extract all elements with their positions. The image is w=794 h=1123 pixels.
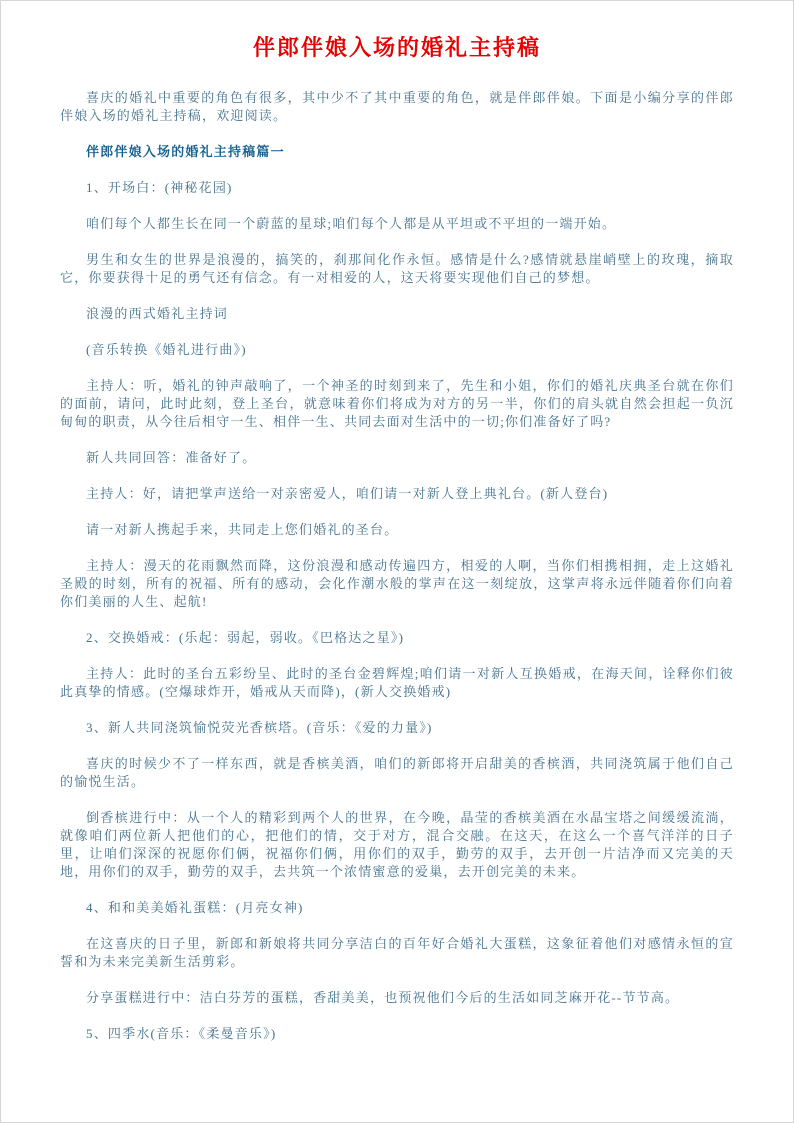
paragraph: 5、四季水(音乐：《柔曼音乐》) <box>60 1025 734 1043</box>
paragraph: 在这喜庆的日子里，新郎和新娘将共同分享洁白的百年好合婚礼大蛋糕，这象征着他们对感… <box>60 935 734 971</box>
paragraph: 主持人：此时的圣台五彩纷呈、此时的圣台金碧辉煌;咱们请一对新人互换婚戒，在海天间… <box>60 665 734 701</box>
paragraph: 主持人：好，请把掌声送给一对亲密爱人，咱们请一对新人登上典礼台。(新人登台) <box>60 485 734 503</box>
paragraph: 咱们每个人都生长在同一个蔚蓝的星球;咱们每个人都是从平坦或不平坦的一端开始。 <box>60 215 734 233</box>
paragraph: 主持人：漫天的花雨飘然而降，这份浪漫和感动传遍四方，相爱的人啊，当你们相携相拥，… <box>60 557 734 611</box>
document-page: 伴郎伴娘入场的婚礼主持稿 喜庆的婚礼中重要的角色有很多，其中少不了其中重要的角色… <box>0 0 794 1123</box>
section-heading: 伴郎伴娘入场的婚礼主持稿篇一 <box>60 143 734 161</box>
paragraph: 倒香槟进行中：从一个人的精彩到两个人的世界，在今晚，晶莹的香槟美酒在水晶宝塔之间… <box>60 809 734 881</box>
paragraph: 1、开场白：(神秘花园) <box>60 179 734 197</box>
paragraph: 请一对新人携起手来，共同走上您们婚礼的圣台。 <box>60 521 734 539</box>
paragraph: 2、交换婚戒：(乐起：弱起，弱收。《巴格达之星》) <box>60 629 734 647</box>
paragraph: 3、新人共同浇筑愉悦荧光香槟塔。(音乐：《爱的力量》) <box>60 719 734 737</box>
document-title: 伴郎伴娘入场的婚礼主持稿 <box>60 31 734 62</box>
paragraph-intro: 喜庆的婚礼中重要的角色有很多，其中少不了其中重要的角色，就是伴郎伴娘。下面是小编… <box>60 89 734 125</box>
paragraph: 主持人：听，婚礼的钟声敲响了，一个神圣的时刻到来了，先生和小姐，你们的婚礼庆典圣… <box>60 377 734 431</box>
paragraph: 男生和女生的世界是浪漫的，搞笑的，刹那间化作永恒。感情是什么?感情就悬崖峭壁上的… <box>60 251 734 287</box>
paragraph: 4、和和美美婚礼蛋糕：(月亮女神) <box>60 899 734 917</box>
paragraph: 新人共同回答：准备好了。 <box>60 449 734 467</box>
paragraph: 浪漫的西式婚礼主持词 <box>60 305 734 323</box>
paragraph: (音乐转换《婚礼进行曲》) <box>60 341 734 359</box>
paragraph: 分享蛋糕进行中：洁白芬芳的蛋糕，香甜美美，也预祝他们今后的生活如同芝麻开花--节… <box>60 989 734 1007</box>
paragraph: 喜庆的时候少不了一样东西，就是香槟美酒，咱们的新郎将开启甜美的香槟酒，共同浇筑属… <box>60 755 734 791</box>
